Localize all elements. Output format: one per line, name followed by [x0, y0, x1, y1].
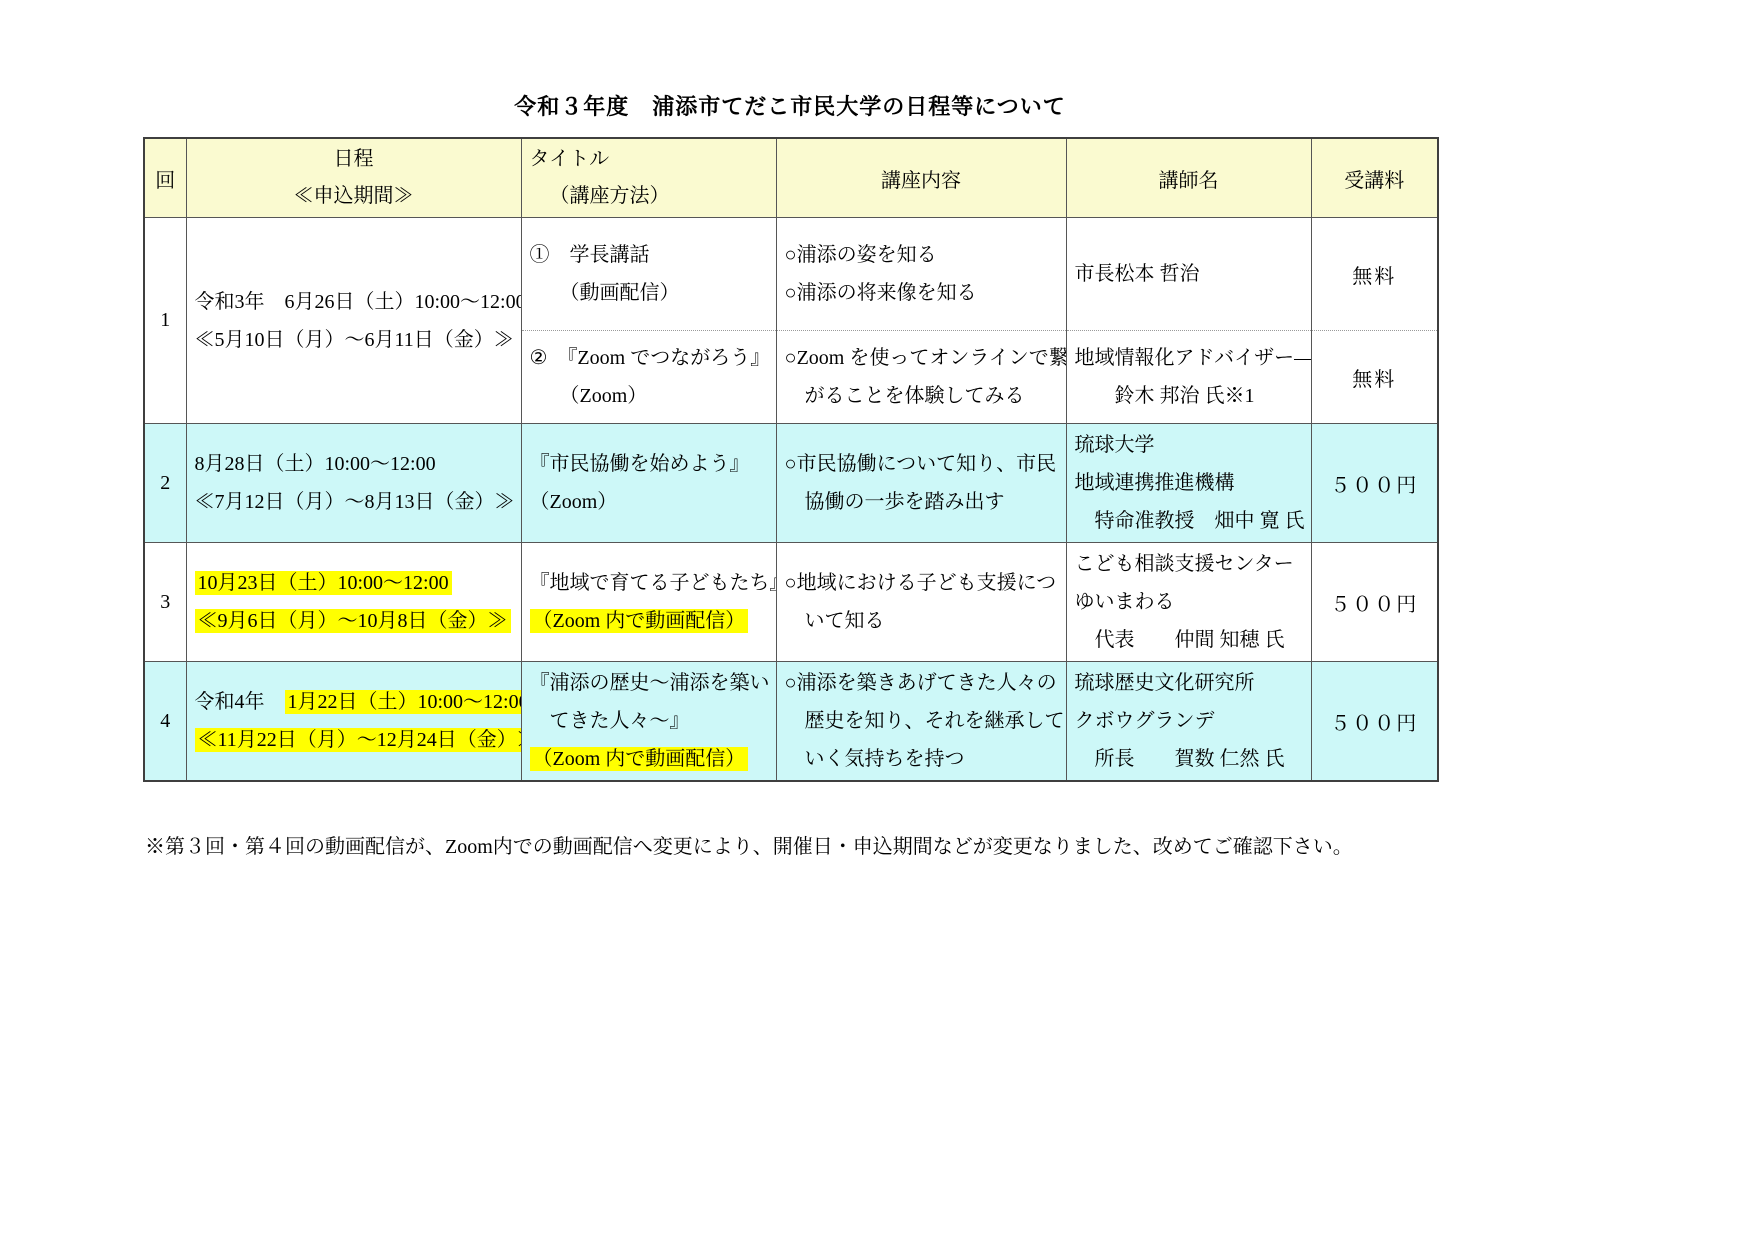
lecturer-cell: 市長松本 哲治: [1066, 218, 1311, 331]
highlighted-method: （Zoom 内で動画配信）: [530, 747, 749, 771]
lecturer-cell: 琉球大学 地域連携推進機構 特命准教授 畑中 寛 氏: [1066, 424, 1311, 543]
schedule-cell: 10月23日（土）10:00～12:00 ≪9月6日（月）～10月8日（金）≫: [186, 543, 521, 662]
course-content-line: いく気持ちを持つ: [785, 740, 1058, 778]
lecturer-line: クボウグランデ: [1075, 702, 1303, 740]
course-content-cell: ○浦添の姿を知る ○浦添の将来像を知る: [776, 218, 1066, 331]
header-fee: 受講料: [1311, 138, 1438, 218]
course-method-line: （動画配信）: [530, 274, 768, 312]
table-row-session4: 4 令和4年 1月22日（土）10:00～12:00 ≪11月22日（月）～12…: [144, 662, 1438, 782]
course-content-line: がることを体験してみる: [785, 377, 1058, 415]
lecturer-cell: 地域情報化アドバイザー― 鈴木 邦治 氏※1: [1066, 331, 1311, 424]
fee-cell: ５００円: [1311, 543, 1438, 662]
course-title-line: 『浦添の歴史～浦添を築い: [530, 664, 768, 702]
header-lecturer: 講師名: [1066, 138, 1311, 218]
course-title-cell: ① 学長講話 （動画配信）: [521, 218, 776, 331]
course-title-line: 『市民協働を始めよう』: [530, 445, 768, 483]
course-content-line: いて知る: [785, 602, 1058, 640]
schedule-date: 令和3年 6月26日（土）10:00～12:00: [195, 283, 513, 321]
course-method-line: （Zoom）: [530, 377, 768, 415]
table-row-session2: 2 8月28日（土）10:00～12:00 ≪7月12日（月）～8月13日（金）…: [144, 424, 1438, 543]
session-number: 1: [144, 218, 186, 424]
header-course-title: タイトル （講座方法）: [521, 138, 776, 218]
course-content-line: 協働の一歩を踏み出す: [785, 483, 1058, 521]
session-number: 2: [144, 424, 186, 543]
course-method-line: （Zoom 内で動画配信）: [530, 740, 768, 778]
date-prefix: 令和4年: [195, 691, 285, 713]
lecturer-line: ゆいまわる: [1075, 583, 1303, 621]
course-title-line: てきた人々～』: [530, 702, 768, 740]
fee-cell: ５００円: [1311, 424, 1438, 543]
header-course-content: 講座内容: [776, 138, 1066, 218]
course-method-line: （Zoom 内で動画配信）: [530, 602, 768, 640]
course-content-line: ○市民協働について知り、市民: [785, 445, 1058, 483]
session-number: 4: [144, 662, 186, 782]
course-title-line: ① 学長講話: [530, 236, 768, 274]
application-period: ≪5月10日（月）～6月11日（金）≫: [195, 321, 513, 359]
lecturer-line: 市長松本 哲治: [1075, 255, 1303, 293]
lecturer-line: 代表 仲間 知穂 氏: [1075, 621, 1303, 659]
course-method-line: （Zoom）: [530, 483, 768, 521]
page-title: 令和３年度 浦添市てだこ市民大学の日程等について: [143, 90, 1437, 121]
schedule-date: 令和4年 1月22日（土）10:00～12:00: [195, 683, 513, 721]
course-content-line: ○浦添の将来像を知る: [785, 274, 1058, 312]
course-title-cell: ② 『Zoom でつながろう』 （Zoom）: [521, 331, 776, 424]
application-period: ≪7月12日（月）～8月13日（金）≫: [195, 483, 513, 521]
course-title-cell: 『市民協働を始めよう』 （Zoom）: [521, 424, 776, 543]
schedule-cell: 8月28日（土）10:00～12:00 ≪7月12日（月）～8月13日（金）≫: [186, 424, 521, 543]
course-title-cell: 『地域で育てる子どもたち』 （Zoom 内で動画配信）: [521, 543, 776, 662]
header-course-title-line2: （講座方法）: [530, 178, 768, 215]
course-content-line: 歴史を知り、それを継承して: [785, 702, 1058, 740]
highlighted-period: ≪11月22日（月）～12月24日（金）≫: [195, 728, 522, 752]
header-schedule-line1: 日程: [195, 141, 513, 178]
lecturer-line: 鈴木 邦治 氏※1: [1075, 377, 1303, 415]
highlighted-date: 10月23日（土）10:00～12:00: [195, 571, 452, 595]
document-content: 令和３年度 浦添市てだこ市民大学の日程等について 回 日程 ≪申込期間≫ タイト…: [143, 90, 1437, 859]
highlighted-date: 1月22日（土）10:00～12:00: [285, 690, 522, 714]
lecturer-line: こども相談支援センター: [1075, 545, 1303, 583]
lecturer-cell: こども相談支援センター ゆいまわる 代表 仲間 知穂 氏: [1066, 543, 1311, 662]
header-session: 回: [144, 138, 186, 218]
course-content-line: ○浦添を築きあげてきた人々の: [785, 664, 1058, 702]
schedule-table: 回 日程 ≪申込期間≫ タイトル （講座方法） 講座内容 講師名 受講料 1 令…: [143, 137, 1439, 782]
schedule-date: 8月28日（土）10:00～12:00: [195, 445, 513, 483]
table-header-row: 回 日程 ≪申込期間≫ タイトル （講座方法） 講座内容 講師名 受講料: [144, 138, 1438, 218]
lecturer-line: 地域情報化アドバイザー―: [1075, 339, 1303, 377]
course-content-cell: ○浦添を築きあげてきた人々の 歴史を知り、それを継承して いく気持ちを持つ: [776, 662, 1066, 782]
header-schedule: 日程 ≪申込期間≫: [186, 138, 521, 218]
schedule-cell: 令和4年 1月22日（土）10:00～12:00 ≪11月22日（月）～12月2…: [186, 662, 521, 782]
fee-cell: ５００円: [1311, 662, 1438, 782]
course-content-cell: ○地域における子ども支援につ いて知る: [776, 543, 1066, 662]
fee-cell: 無料: [1311, 218, 1438, 331]
application-period: ≪11月22日（月）～12月24日（金）≫: [195, 721, 513, 759]
header-schedule-line2: ≪申込期間≫: [195, 178, 513, 215]
lecturer-cell: 琉球歴史文化研究所 クボウグランデ 所長 賀数 仁然 氏: [1066, 662, 1311, 782]
course-title-cell: 『浦添の歴史～浦添を築い てきた人々～』 （Zoom 内で動画配信）: [521, 662, 776, 782]
lecturer-line: 琉球歴史文化研究所: [1075, 664, 1303, 702]
course-content-line: ○地域における子ども支援につ: [785, 564, 1058, 602]
schedule-cell: 令和3年 6月26日（土）10:00～12:00 ≪5月10日（月）～6月11日…: [186, 218, 521, 424]
course-content-line: ○浦添の姿を知る: [785, 236, 1058, 274]
lecturer-line: 地域連携推進機構: [1075, 464, 1303, 502]
document-page: 令和３年度 浦添市てだこ市民大学の日程等について 回 日程 ≪申込期間≫ タイト…: [0, 0, 1755, 1241]
course-content-cell: ○Zoom を使ってオンラインで繋 がることを体験してみる: [776, 331, 1066, 424]
lecturer-line: 琉球大学: [1075, 426, 1303, 464]
header-course-title-line1: タイトル: [530, 141, 768, 178]
highlighted-period: ≪9月6日（月）～10月8日（金）≫: [195, 609, 511, 633]
session-number: 3: [144, 543, 186, 662]
fee-cell: 無料: [1311, 331, 1438, 424]
application-period: ≪9月6日（月）～10月8日（金）≫: [195, 602, 513, 640]
footnote: ※第３回・第４回の動画配信が、Zoom内での動画配信へ変更により、開催日・申込期…: [145, 830, 1437, 859]
highlighted-method: （Zoom 内で動画配信）: [530, 609, 749, 633]
course-title-line: 『地域で育てる子どもたち』: [530, 564, 768, 602]
table-row-session3: 3 10月23日（土）10:00～12:00 ≪9月6日（月）～10月8日（金）…: [144, 543, 1438, 662]
lecturer-line: 特命准教授 畑中 寛 氏: [1075, 502, 1303, 540]
course-content-line: ○Zoom を使ってオンラインで繋: [785, 339, 1058, 377]
table-row-session1-part1: 1 令和3年 6月26日（土）10:00～12:00 ≪5月10日（月）～6月1…: [144, 218, 1438, 331]
course-content-cell: ○市民協働について知り、市民 協働の一歩を踏み出す: [776, 424, 1066, 543]
schedule-date: 10月23日（土）10:00～12:00: [195, 564, 513, 602]
course-title-line: ② 『Zoom でつながろう』: [530, 339, 768, 377]
lecturer-line: 所長 賀数 仁然 氏: [1075, 740, 1303, 778]
